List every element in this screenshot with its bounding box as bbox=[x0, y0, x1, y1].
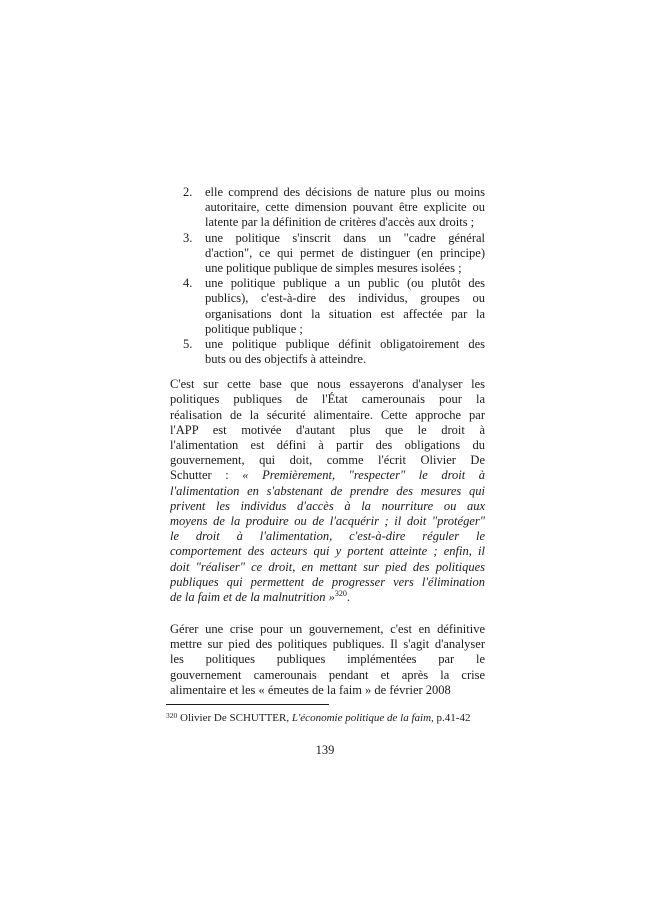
text-line: Schutter : « Premièrement, "respecter" l… bbox=[170, 468, 485, 483]
italic-text: doit "réaliser" ce droit, en mettant sur… bbox=[170, 560, 485, 574]
footnote-block: 320 Olivier De SCHUTTER, L'économie poli… bbox=[166, 704, 486, 726]
text-line: l'alimentation est défini à partir des o… bbox=[170, 438, 485, 453]
text-line: l'alimentation en s'abstenant de prendre… bbox=[170, 484, 485, 499]
paragraphs: C'est sur cette base que nous essayerons… bbox=[170, 377, 485, 698]
italic-text: moyens de la produire ou de l'acquérir ;… bbox=[170, 514, 485, 528]
text-line: gouvernement camerounais pendant et aprè… bbox=[170, 668, 485, 683]
text-line: l'APP est motivée d'autant plus que le d… bbox=[170, 423, 485, 438]
text-line: de la faim et de la malnutrition »320. bbox=[170, 590, 485, 605]
italic-text: « Premièrement, "respecter" le droit à bbox=[242, 468, 485, 482]
paragraph-gerer-crise: Gérer une crise pour un gouvernement, c'… bbox=[170, 622, 485, 698]
numbered-list: 2.elle comprend des décisions de nature … bbox=[170, 185, 485, 367]
footnote-text: 320 Olivier De SCHUTTER, L'économie poli… bbox=[166, 711, 486, 726]
superscript-footnote-marker: 320 bbox=[335, 590, 347, 599]
text-line: C'est sur cette base que nous essayerons… bbox=[170, 377, 485, 392]
text-line: le droit à l'alimentation, c'est-à-dire … bbox=[170, 529, 485, 544]
text-line: politique publique ; bbox=[205, 322, 485, 337]
superscript-footnote-marker: 320 bbox=[166, 711, 177, 720]
list-item: 3.une politique s'inscrit dans un "cadre… bbox=[170, 231, 485, 277]
text-line: doit "réaliser" ce droit, en mettant sur… bbox=[170, 560, 485, 575]
italic-text: L'économie politique de la faim bbox=[292, 712, 431, 724]
text-line: organisations dont la situation est affe… bbox=[205, 307, 485, 322]
text-line: réalisation de la sécurité alimentaire. … bbox=[170, 408, 485, 423]
italic-text: l'alimentation en s'abstenant de prendre… bbox=[170, 484, 485, 498]
italic-text: comportement des acteurs qui y portent a… bbox=[170, 544, 485, 558]
italic-text: le droit à l'alimentation, c'est-à-dire … bbox=[170, 529, 485, 543]
text-line: politiques publiques de l'État camerouna… bbox=[170, 392, 485, 407]
text-line: une politique publique de simples mesure… bbox=[205, 261, 485, 276]
text-line: moyens de la produire ou de l'acquérir ;… bbox=[170, 514, 485, 529]
text-line: privent les individus d'accès à la nourr… bbox=[170, 499, 485, 514]
list-item-number: 2. bbox=[183, 185, 192, 200]
page-number: 139 bbox=[0, 743, 650, 758]
text-line: Gérer une crise pour un gouvernement, c'… bbox=[170, 622, 485, 637]
list-item: 4.une politique publique a un public (ou… bbox=[170, 276, 485, 337]
text-line: gouvernement, qui doit, comme l'écrit Ol… bbox=[170, 453, 485, 468]
text-line: mettre sur pied des politiques publiques… bbox=[170, 637, 485, 652]
paragraph-analyse-app: C'est sur cette base que nous essayerons… bbox=[170, 377, 485, 605]
list-item-number: 3. bbox=[183, 231, 192, 246]
text-line: elle comprend des décisions de nature pl… bbox=[205, 185, 485, 200]
footnote-separator-rule bbox=[166, 704, 329, 705]
list-item: 2.elle comprend des décisions de nature … bbox=[170, 185, 485, 231]
text-line: d'action", ce qui permet de distinguer (… bbox=[205, 246, 485, 261]
text-line: autoritaire, cette dimension pouvant êtr… bbox=[205, 200, 485, 215]
text-line: une politique s'inscrit dans un "cadre g… bbox=[205, 231, 485, 246]
list-item: 5.une politique publique définit obligat… bbox=[170, 337, 485, 367]
text-line: une politique publique définit obligatoi… bbox=[205, 337, 485, 352]
text-line: une politique publique a un public (ou p… bbox=[205, 276, 485, 291]
page-content: 2.elle comprend des décisions de nature … bbox=[170, 185, 485, 698]
document-page: 2.elle comprend des décisions de nature … bbox=[0, 0, 650, 920]
text-line: buts ou des objectifs à atteindre. bbox=[205, 352, 485, 367]
text-line: comportement des acteurs qui y portent a… bbox=[170, 544, 485, 559]
list-item-number: 5. bbox=[183, 337, 192, 352]
italic-text: privent les individus d'accès à la nourr… bbox=[170, 499, 485, 513]
text-line: publiques qui permettent de progresser v… bbox=[170, 575, 485, 590]
text-line: les politiques publiques implémentées pa… bbox=[170, 652, 485, 667]
italic-text: de la faim et de la malnutrition » bbox=[170, 590, 335, 604]
italic-text: publiques qui permettent de progresser v… bbox=[170, 575, 485, 589]
list-item-number: 4. bbox=[183, 276, 192, 291]
text-line: latente par la définition de critères d'… bbox=[205, 215, 485, 230]
text-line: alimentaire et les « émeutes de la faim … bbox=[170, 683, 485, 698]
text-line: publics), c'est-à-dire des individus, gr… bbox=[205, 291, 485, 306]
